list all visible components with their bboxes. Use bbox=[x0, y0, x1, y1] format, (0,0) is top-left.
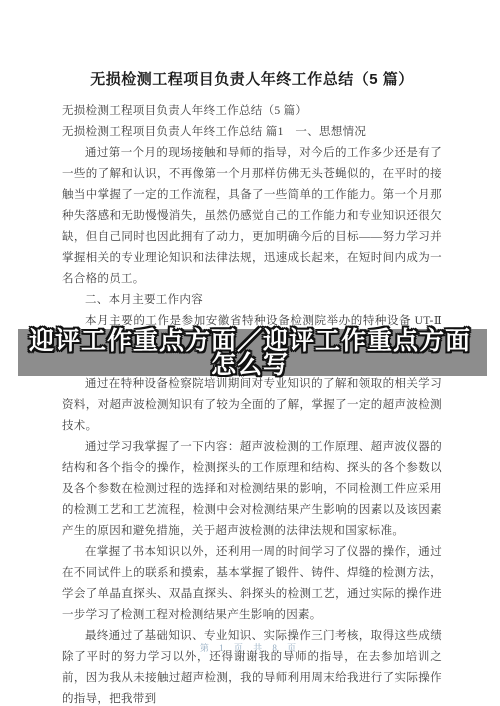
doc-paragraph-exam-result: 最终通过了基础知识、专业知识、实际操作三门考核，取得这些成绩除了平时的努力学习以… bbox=[62, 626, 442, 706]
document-title: 无损检测工程项目负责人年终工作总结（5 篇） bbox=[62, 70, 442, 90]
doc-paragraph-knowledge-list: 通过学习我掌握了一下内容：超声波检测的工作原理、超声波仪器的结构和各个指令的操作… bbox=[62, 437, 442, 542]
document-subtitle: 无损检测工程项目负责人年终工作总结（5 篇） bbox=[62, 101, 442, 122]
doc-paragraph-practice: 在掌握了书本知识以外，还利用一周的时间学习了仪器的操作，通过在不同试件上的联系和… bbox=[62, 542, 442, 626]
watermark-overlay-title: 迎评工作重点方面／迎评工作重点方面怎么写 bbox=[25, 329, 475, 377]
doc-paragraph-materials: 通过在特种设备检察院培训期间对专业知识的了解和领取的相关学习资料，对超声波检测知… bbox=[62, 374, 442, 437]
doc-paragraph-thoughts: 通过第一个月的现场接触和导师的指导，对今后的工作多少还是有了一些的了解和认识，不… bbox=[62, 143, 442, 290]
doc-heading-monthly-work: 二、本月主要工作内容 bbox=[62, 290, 442, 311]
document-page: 无损检测工程项目负责人年终工作总结（5 篇） 无损检测工程项目负责人年终工作总结… bbox=[0, 0, 500, 706]
document-section-line: 无损检测工程项目负责人年终工作总结 篇1 一、思想情况 bbox=[62, 122, 442, 143]
document-body: 无损检测工程项目负责人年终工作总结（5 篇） 无损检测工程项目负责人年终工作总结… bbox=[62, 70, 442, 706]
page-number-indicator: 第 1 页 共 8 页 bbox=[0, 641, 500, 654]
